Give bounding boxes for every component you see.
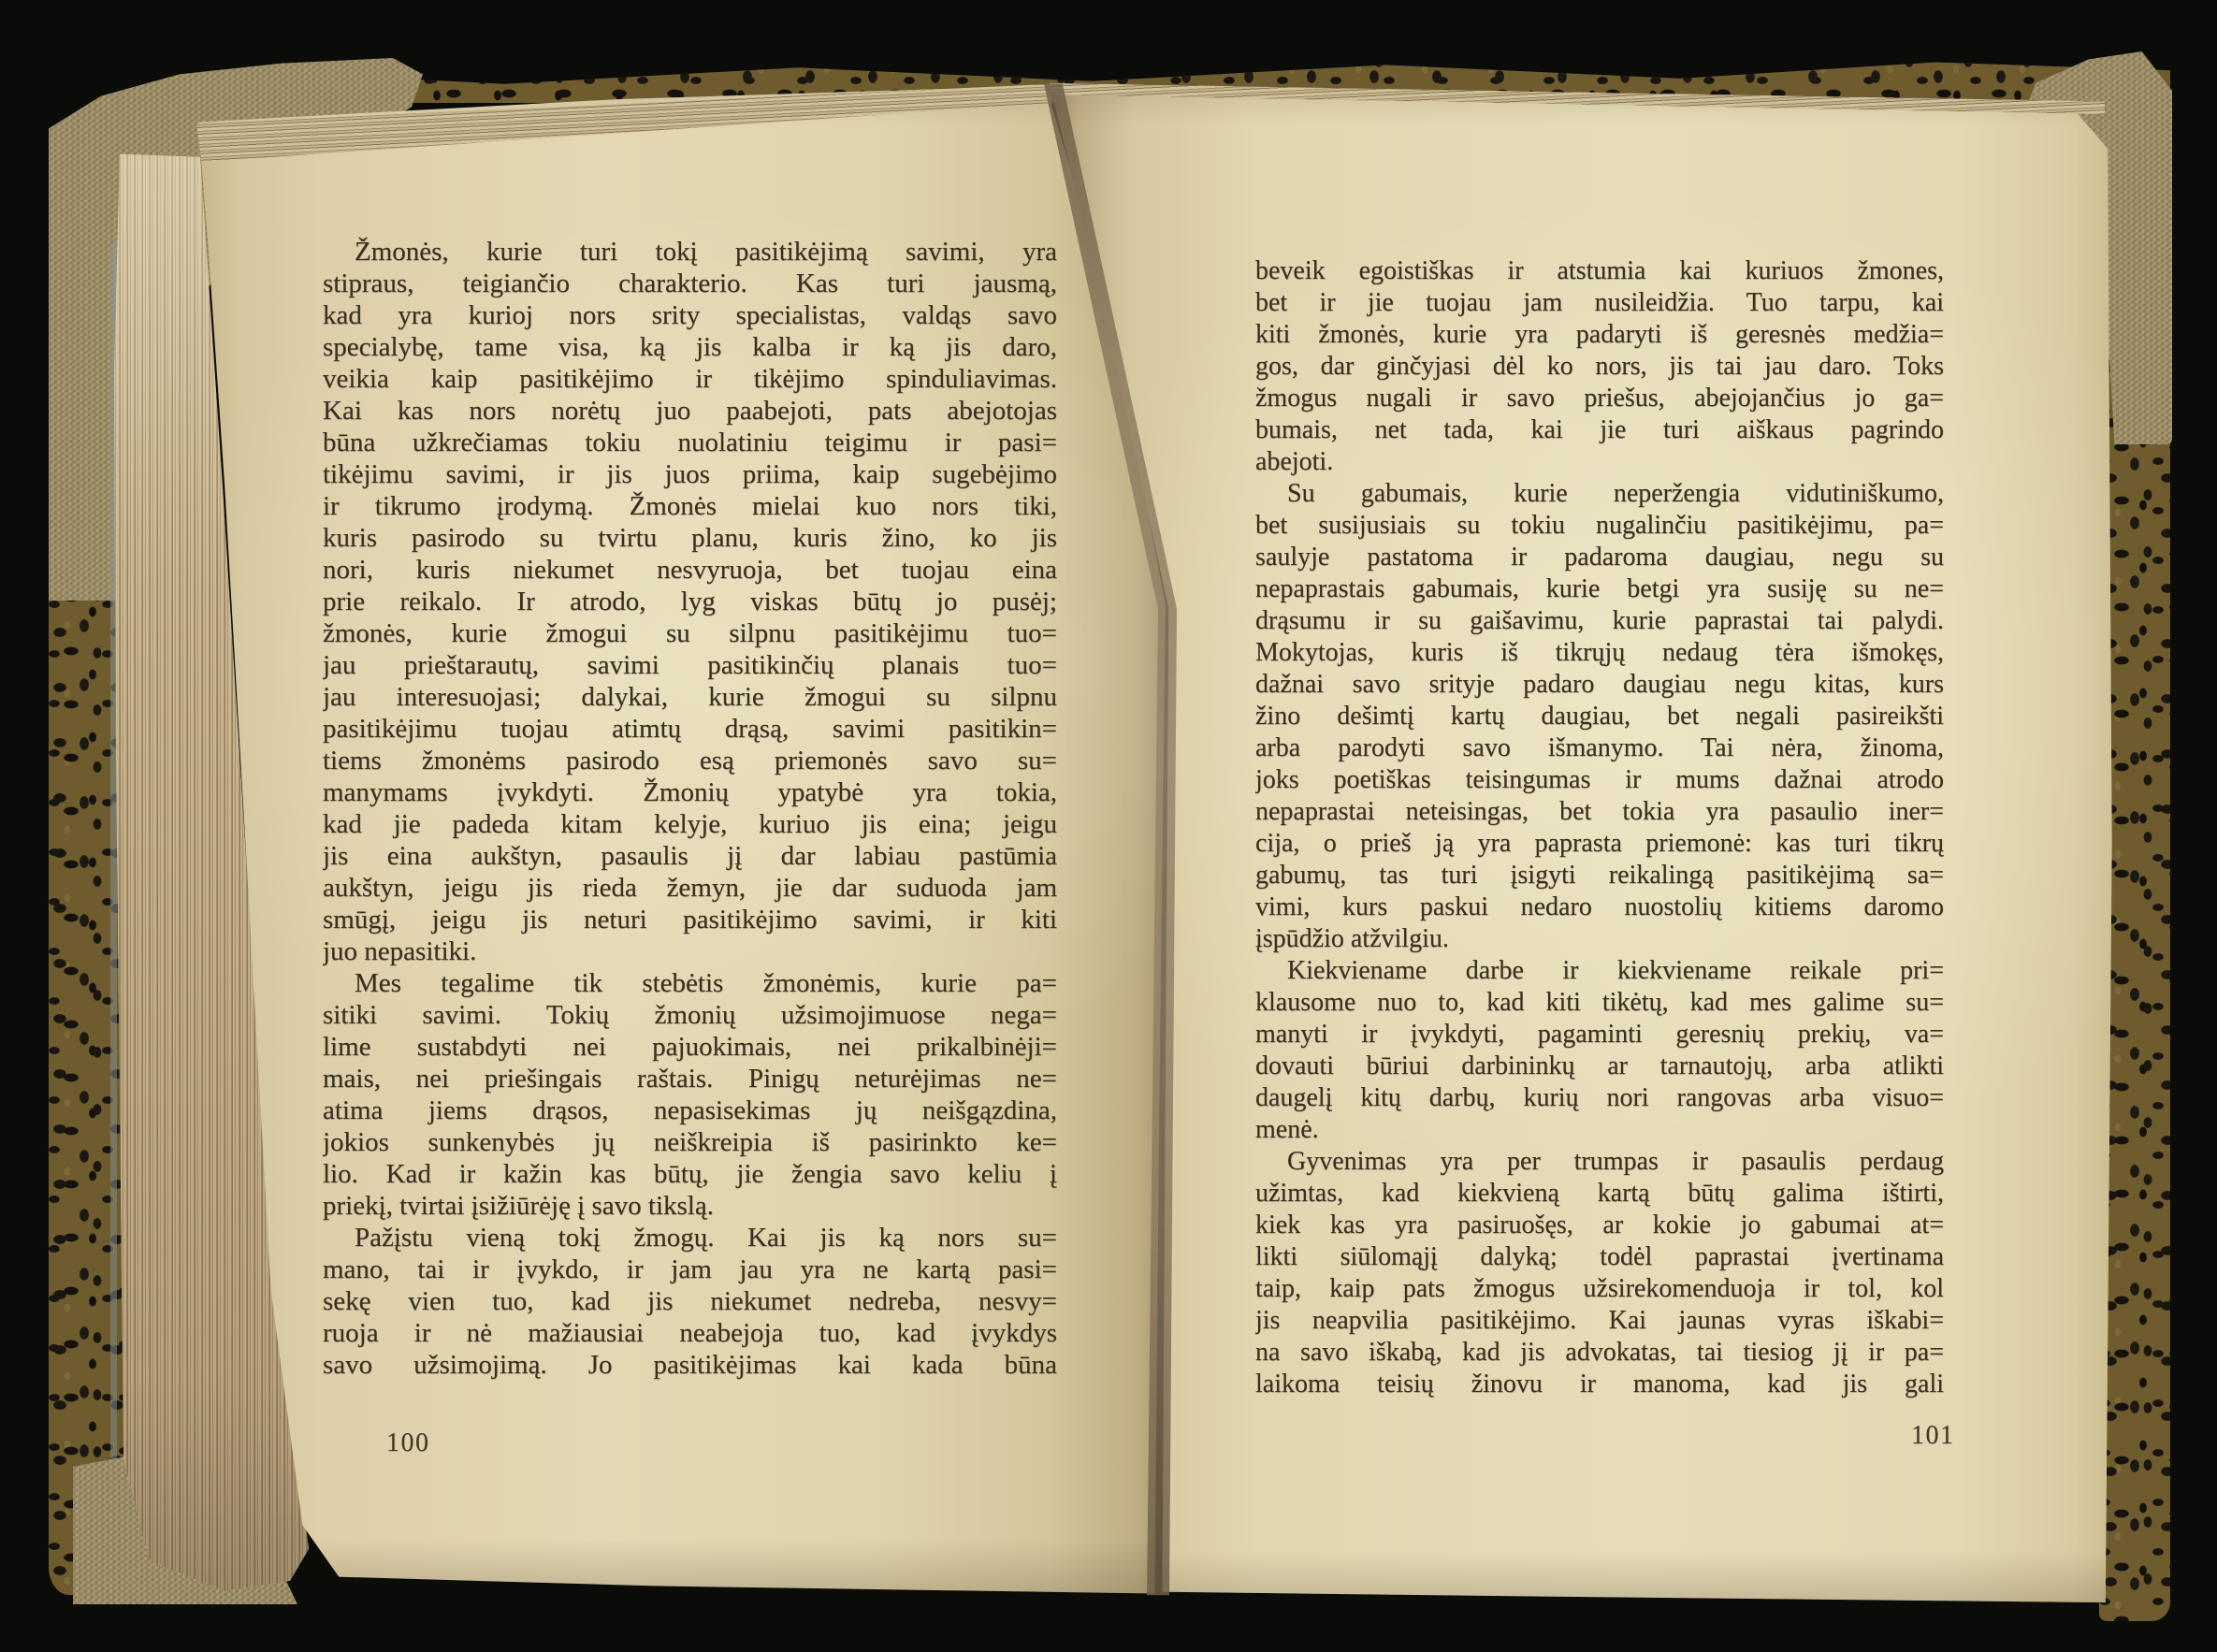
- text-line: lio. Kad ir kažin kas būtų, jie žengia s…: [323, 1158, 1057, 1190]
- text-line: juo nepasitiki.: [323, 935, 1057, 967]
- text-line: nori, kuris niekumet nesvyruoja, bet tuo…: [323, 554, 1057, 586]
- text-line: savo užsimojimą. Jo pasitikėjimas kai ka…: [323, 1349, 1057, 1381]
- text-line: bet ir jie tuojau jam nusileidžia. Tuo t…: [1255, 287, 1944, 319]
- text-line: drąsumu ir su gaišavimu, kurie paprastai…: [1255, 605, 1944, 637]
- text-line: Gyvenimas yra per trumpas ir pasaulis pe…: [1255, 1146, 1944, 1178]
- text-line: jau interesuojasi; dalykai, kurie žmogui…: [323, 681, 1057, 713]
- text-line: daugelį kitų darbų, kurių nori rangovas …: [1255, 1082, 1944, 1114]
- text-line: aukštyn, jeigu jis rieda žemyn, jie dar …: [323, 872, 1057, 904]
- text-line: Kiekviename darbe ir kiekviename reikale…: [1255, 955, 1944, 987]
- text-line: beveik egoistiškas ir atstumia kai kuriu…: [1255, 255, 1944, 287]
- text-line: įspūdžio atžvilgiu.: [1255, 923, 1944, 955]
- text-line: jau prieštarautų, savimi pasitikinčių pl…: [323, 649, 1057, 681]
- text-line: atima jiems drąsos, nepasisekimas jų nei…: [323, 1094, 1057, 1126]
- text-line: mais, nei priešingais raštais. Pinigų ne…: [323, 1063, 1057, 1094]
- text-line: gabumų, tas turi įsigyti reikalingą pasi…: [1255, 860, 1944, 891]
- text-line: gos, dar ginčyjasi dėl ko nors, jis tai …: [1255, 351, 1944, 383]
- text-line: likti siūlomąjį dalyką; todėl paprastai …: [1255, 1241, 1944, 1273]
- text-line: manymams įvykdyti. Žmonių ypatybė yra to…: [323, 776, 1057, 808]
- open-book-scan: Žmonės, kurie turi tokį pasitikėjimą sav…: [0, 0, 2217, 1652]
- text-line: cija, o prieš ją yra paprasta priemonė: …: [1255, 828, 1944, 860]
- text-line: Pažįstu vieną tokį žmogų. Kai jis ką nor…: [323, 1222, 1057, 1253]
- text-line: bet susijusiais su tokiu nugalinčiu pasi…: [1255, 510, 1944, 542]
- text-line: veikia kaip pasitikėjimo ir tikėjimo spi…: [323, 363, 1057, 395]
- text-line: jis eina aukštyn, pasaulis jį dar labiau…: [323, 840, 1057, 872]
- text-line: žmogus nugali ir savo priešus, abejojanč…: [1255, 383, 1944, 414]
- text-line: dovauti būriui darbininkų ar tarnautojų,…: [1255, 1051, 1944, 1082]
- text-line: jis neapvilia pasitikėjimo. Kai jaunas v…: [1255, 1305, 1944, 1337]
- text-line: lime sustabdyti nei pajuokimais, nei pri…: [323, 1031, 1057, 1063]
- text-line: tikėjimu savimi, ir jis juos priima, kai…: [323, 458, 1057, 490]
- text-line: smūgį, jeigu jis neturi pasitikėjimo sav…: [323, 904, 1057, 935]
- text-line: manyti ir įvykdyti, pagaminti geresnių p…: [1255, 1019, 1944, 1051]
- text-line: tiems žmonėms pasirodo esą priemonės sav…: [323, 745, 1057, 776]
- text-line: kuris pasirodo su tvirtu planu, kuris ži…: [323, 522, 1057, 554]
- text-line: priekį, tvirtai įsižiūrėję į savo tikslą…: [323, 1190, 1057, 1222]
- text-line: na savo iškabą, kad jis advokatas, tai t…: [1255, 1337, 1944, 1369]
- text-line: kiti žmonės, kurie yra padaryti iš geres…: [1255, 319, 1944, 351]
- text-line: jokios sunkenybės jų neiškreipia iš pasi…: [323, 1126, 1057, 1158]
- text-line: sitiki savimi. Tokių žmonių užsimojimuos…: [323, 999, 1057, 1031]
- text-line: mano, tai ir įvykdo, ir jam jau yra ne k…: [323, 1253, 1057, 1285]
- text-line: klausome nuo to, kad kiti tikėtų, kad me…: [1255, 987, 1944, 1019]
- right-page-text: beveik egoistiškas ir atstumia kai kuriu…: [1255, 255, 1944, 1400]
- text-line: žmonės, kurie žmogui su silpnu pasitikėj…: [323, 617, 1057, 649]
- text-line: kad yra kurioj nors srity specialistas, …: [323, 299, 1057, 331]
- text-line: Su gabumais, kurie neperžengia vidutiniš…: [1255, 478, 1944, 510]
- text-line: nepaprastais gabumais, kurie betgi yra s…: [1255, 573, 1944, 605]
- text-line: ir tikrumo įrodymą. Žmonės mielai kuo no…: [323, 490, 1057, 522]
- text-line: arba parodyti savo išmanymo. Tai nėra, ž…: [1255, 732, 1944, 764]
- text-line: laikoma teisių žinovu ir manoma, kad jis…: [1255, 1369, 1944, 1400]
- text-line: vimi, kurs paskui nedaro nuostolių kitie…: [1255, 891, 1944, 923]
- text-line: kad jie padeda kitam kelyje, kuriuo jis …: [323, 808, 1057, 840]
- text-line: taip, kaip pats žmogus užsirekomenduoja …: [1255, 1273, 1944, 1305]
- text-line: sekę vien tuo, kad jis niekumet nedreba,…: [323, 1285, 1057, 1317]
- text-line: Mokytojas, kuris iš tikrųjų nedaug tėra …: [1255, 637, 1944, 669]
- text-line: žino dešimtį kartų daugiau, bet negali p…: [1255, 701, 1944, 732]
- text-line: stipraus, teigiančio charakterio. Kas tu…: [323, 268, 1057, 299]
- text-line: saulyje pastatoma ir padaroma daugiau, n…: [1255, 542, 1944, 573]
- text-line: nepaprastai neteisingas, bet tokia yra p…: [1255, 796, 1944, 828]
- text-line: Kai kas nors norėtų juo paabejoti, pats …: [323, 395, 1057, 427]
- text-line: ruoja ir nė mažiausiai neabejoja tuo, ka…: [323, 1317, 1057, 1349]
- text-line: pasitikėjimu tuojau atimtų drąsą, savimi…: [323, 713, 1057, 745]
- text-line: užimtas, kad kiekvieną kartą būtų galima…: [1255, 1178, 1944, 1210]
- text-line: kiek kas yra pasiruošęs, ar kokie jo gab…: [1255, 1210, 1944, 1241]
- text-line: būna užkrečiamas tokiu nuolatiniu teigim…: [323, 427, 1057, 458]
- left-page-text: Žmonės, kurie turi tokį pasitikėjimą sav…: [323, 236, 1057, 1381]
- text-line: menė.: [1255, 1114, 1944, 1146]
- text-line: specialybę, tame visa, ką jis kalba ir k…: [323, 331, 1057, 363]
- right-page-number: 101: [1911, 1422, 1955, 1450]
- text-line: dažnai savo srityje padaro daugiau negu …: [1255, 669, 1944, 701]
- left-page-number: 100: [386, 1429, 430, 1457]
- text-line: Mes tegalime tik stebėtis žmonėmis, kuri…: [323, 967, 1057, 999]
- text-line: Žmonės, kurie turi tokį pasitikėjimą sav…: [323, 236, 1057, 268]
- text-line: joks poetiškas teisingumas ir mums dažna…: [1255, 764, 1944, 796]
- text-line: bumais, net tada, kai jie turi aiškaus p…: [1255, 414, 1944, 446]
- text-line: abejoti.: [1255, 446, 1944, 478]
- text-line: prie reikalo. Ir atrodo, lyg viskas būtų…: [323, 586, 1057, 617]
